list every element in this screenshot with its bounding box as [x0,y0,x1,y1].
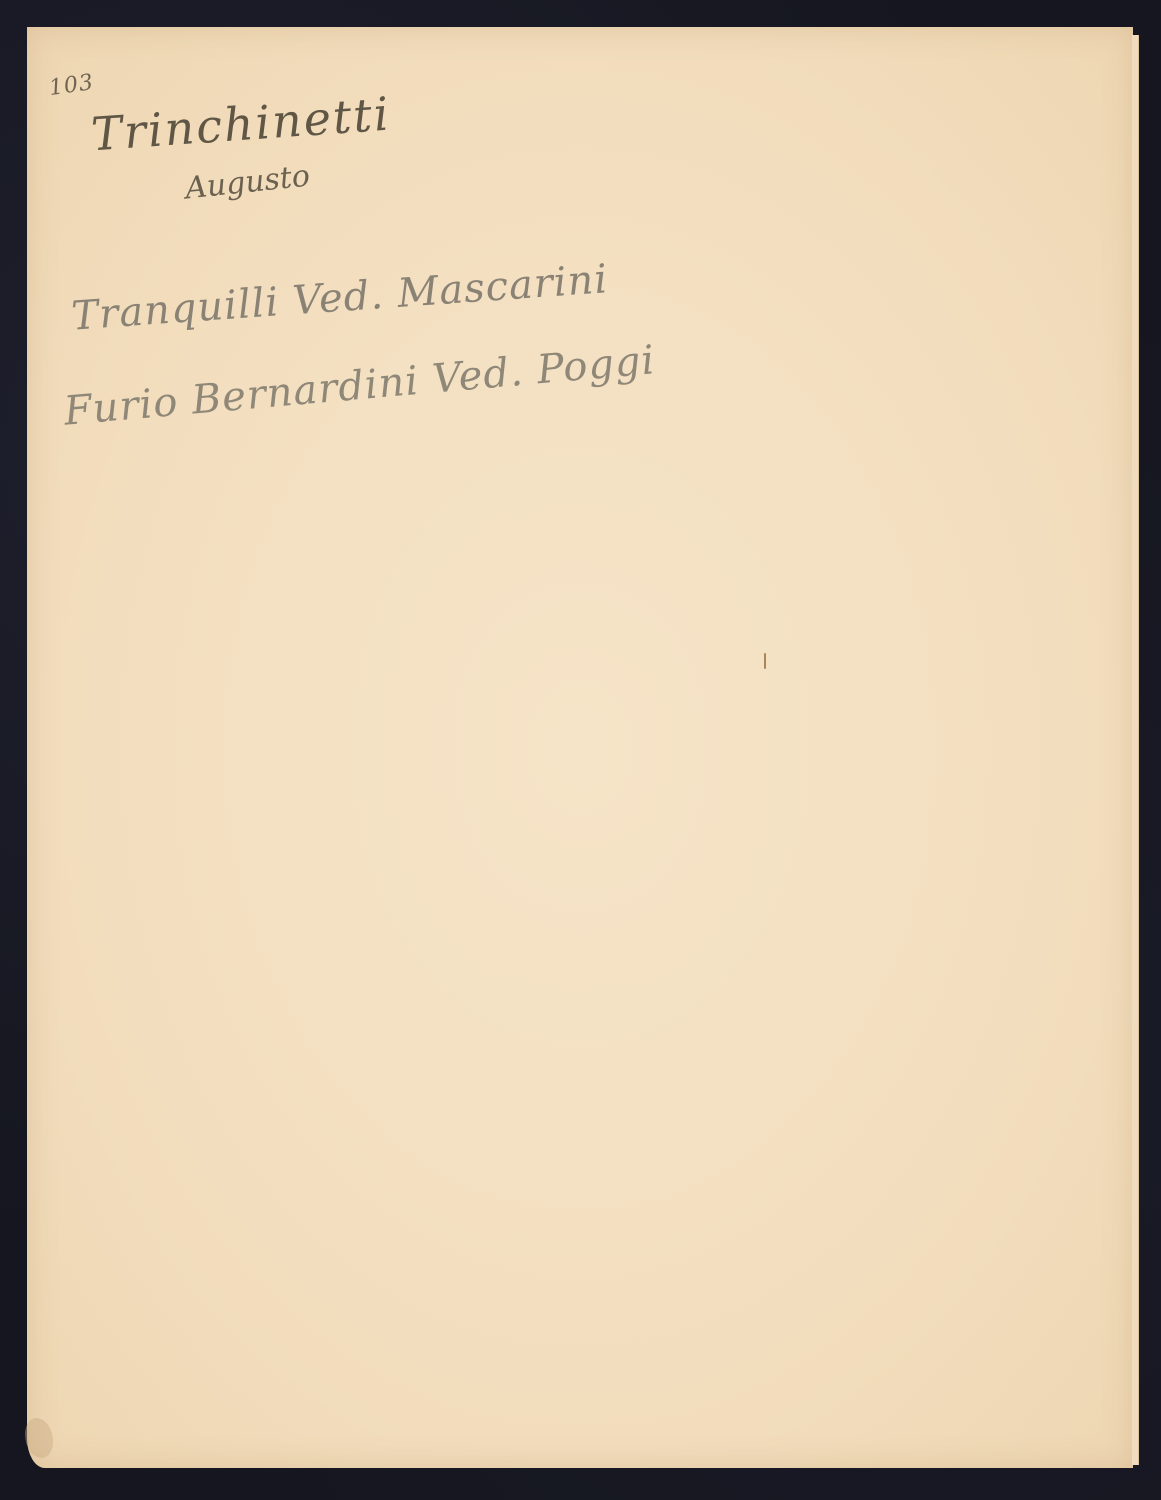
paper-edge [1132,35,1139,1465]
folio-number: 103 [47,70,95,101]
ink-mark [764,653,766,669]
heading-given-name: Augusto [184,159,312,207]
corner-wear [25,1418,53,1458]
heading-surname: Trinchinetti [89,87,392,162]
entry-line: Furio Bernardini Ved. Poggi [62,337,657,435]
document-sheet: 103 Trinchinetti Augusto Tranquilli Ved.… [27,27,1133,1468]
entry-line: Tranquilli Ved. Mascarini [70,256,610,339]
